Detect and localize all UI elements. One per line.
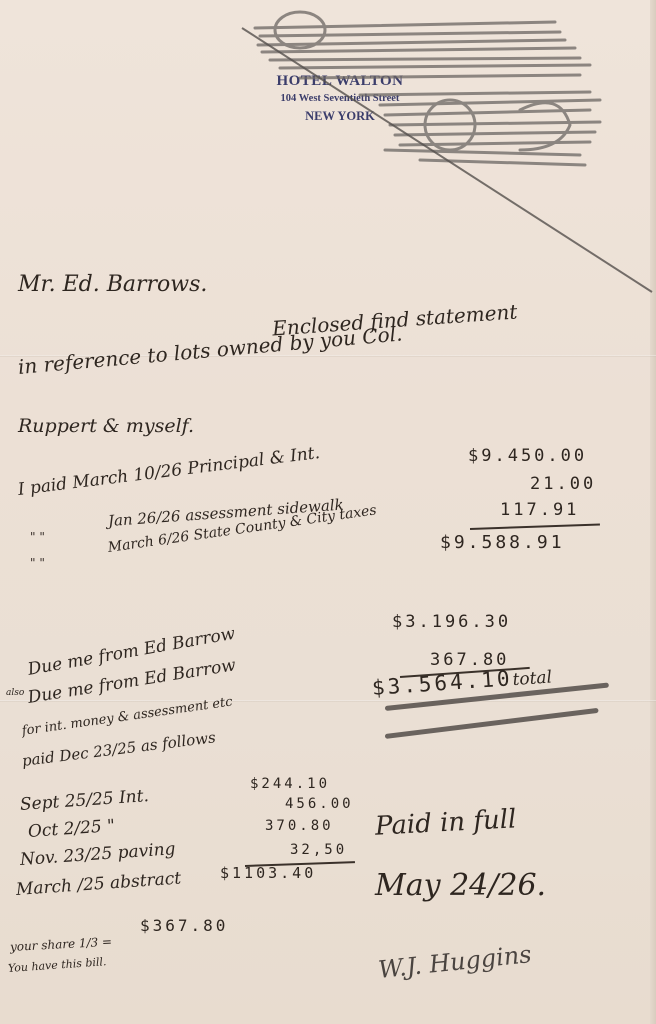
body-line-3: Ruppert & myself. [18, 415, 194, 437]
body-line-2: in reference to lots owned by you Col. [17, 321, 403, 379]
payment-row: I paid March 10/26 Principal & Int. [17, 443, 321, 500]
due-amount-1: $3.196.30 [392, 612, 511, 632]
paid-date: May 24/26. [375, 868, 546, 903]
itemized-amount: 32,50 [290, 842, 347, 858]
share-label: your share 1/3 = [10, 935, 113, 954]
payment-amount: $9.450.00 [468, 446, 587, 466]
itemized-row: Sept 25/25 Int. [19, 786, 149, 815]
itemized-amount: 370.80 [265, 818, 334, 834]
itemized-total: $1103.40 [220, 864, 316, 882]
ditto-mark: " " [30, 556, 45, 570]
double-underline [385, 708, 599, 739]
sum-rule [470, 523, 600, 529]
also-note: also [6, 688, 24, 698]
itemized-row: Nov. 23/25 paving [19, 839, 176, 870]
share-note: You have this bill. [8, 955, 107, 975]
itemized-amount: 456.00 [285, 796, 354, 812]
itemized-amount: $244.10 [250, 776, 330, 792]
paid-in-full: Paid in full [374, 804, 517, 841]
salutation: Mr. Ed. Barrows. [18, 272, 207, 297]
ditto-mark: " " [30, 530, 45, 544]
itemized-row: Oct 2/25 " [27, 816, 115, 842]
signature: W.J. Huggins [377, 940, 533, 984]
payment-amount: 21.00 [530, 474, 596, 494]
payment-amount: 117.91 [500, 500, 579, 520]
pencil-scribble-icon [0, 0, 656, 300]
letter-page: HOTEL WALTON 104 West Seventieth Street … [0, 0, 656, 1024]
fold-line [0, 700, 656, 702]
itemized-row: March /25 abstract [15, 868, 181, 899]
payments-total: $9.588.91 [440, 532, 565, 553]
share-amount: $367.80 [140, 916, 228, 935]
